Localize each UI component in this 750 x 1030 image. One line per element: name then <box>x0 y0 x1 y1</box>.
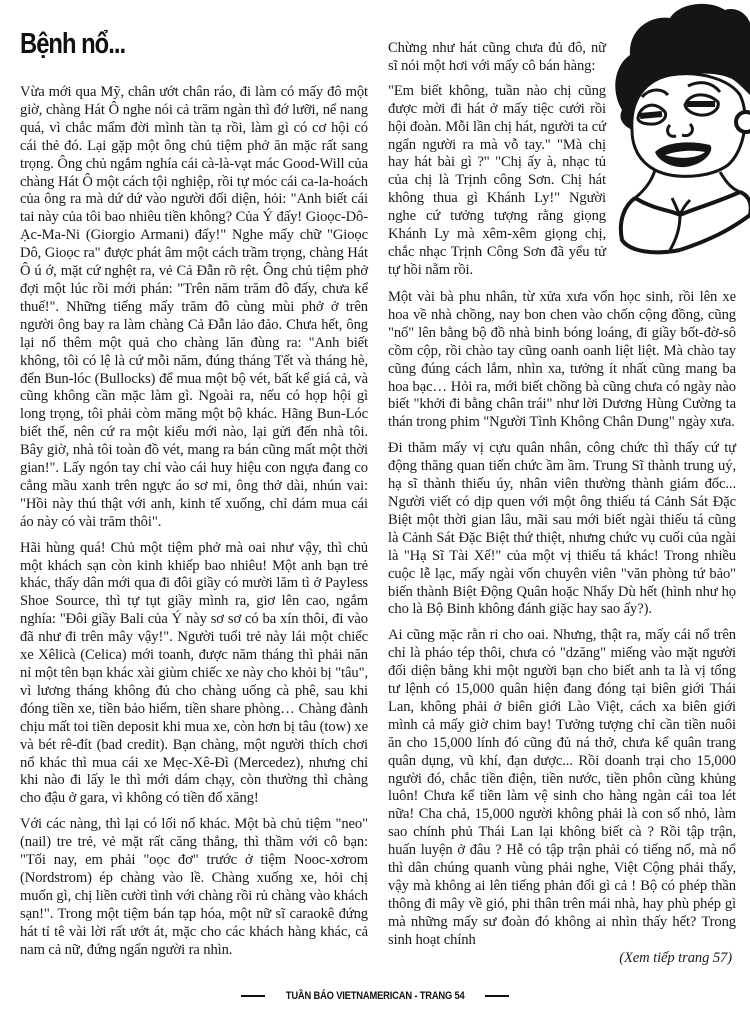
right-column-top: Chừng như hát cũng chưa đủ đô, nữ sĩ nói… <box>388 3 606 287</box>
cartoon-woman-illustration <box>610 0 750 255</box>
footer-text: TUẦN BÁO VIETNAMERICAN - TRANG 54 <box>286 990 465 1002</box>
continued-on-page-link: (Xem tiếp trang 57) <box>388 950 736 968</box>
paragraph: Ai cũng mặc rằn ri cho oai. Nhưng, thật … <box>388 627 736 949</box>
paragraph: Chừng như hát cũng chưa đủ đô, nữ sĩ nói… <box>388 40 606 76</box>
footer-rule-left <box>241 995 265 997</box>
paragraph: Đi thăm mấy vị cựu quân nhân, công chức … <box>388 440 736 619</box>
page-footer: TUẦN BÁO VIETNAMERICAN - TRANG 54 <box>0 990 750 1002</box>
paragraph: Với các nàng, thì lại có lối nổ khác. Mộ… <box>20 816 368 959</box>
cartoon-woman-icon <box>610 0 750 255</box>
paragraph: Vừa mới qua Mỹ, chân ướt chân ráo, đi là… <box>20 84 368 532</box>
article-title: Bệnh nổ... <box>20 30 125 59</box>
right-column: Một vài bà phu nhân, từ xửa xưa vốn học … <box>388 289 736 976</box>
paragraph: Một vài bà phu nhân, từ xửa xưa vốn học … <box>388 289 736 432</box>
footer-rule-right <box>485 995 509 997</box>
paragraph: Hãi hùng quá! Chủ một tiệm phở mà oai nh… <box>20 540 368 809</box>
left-column: Vừa mới qua Mỹ, chân ướt chân ráo, đi là… <box>20 84 368 968</box>
paragraph: "Em biết không, tuần nào chị cũng được m… <box>388 83 606 280</box>
